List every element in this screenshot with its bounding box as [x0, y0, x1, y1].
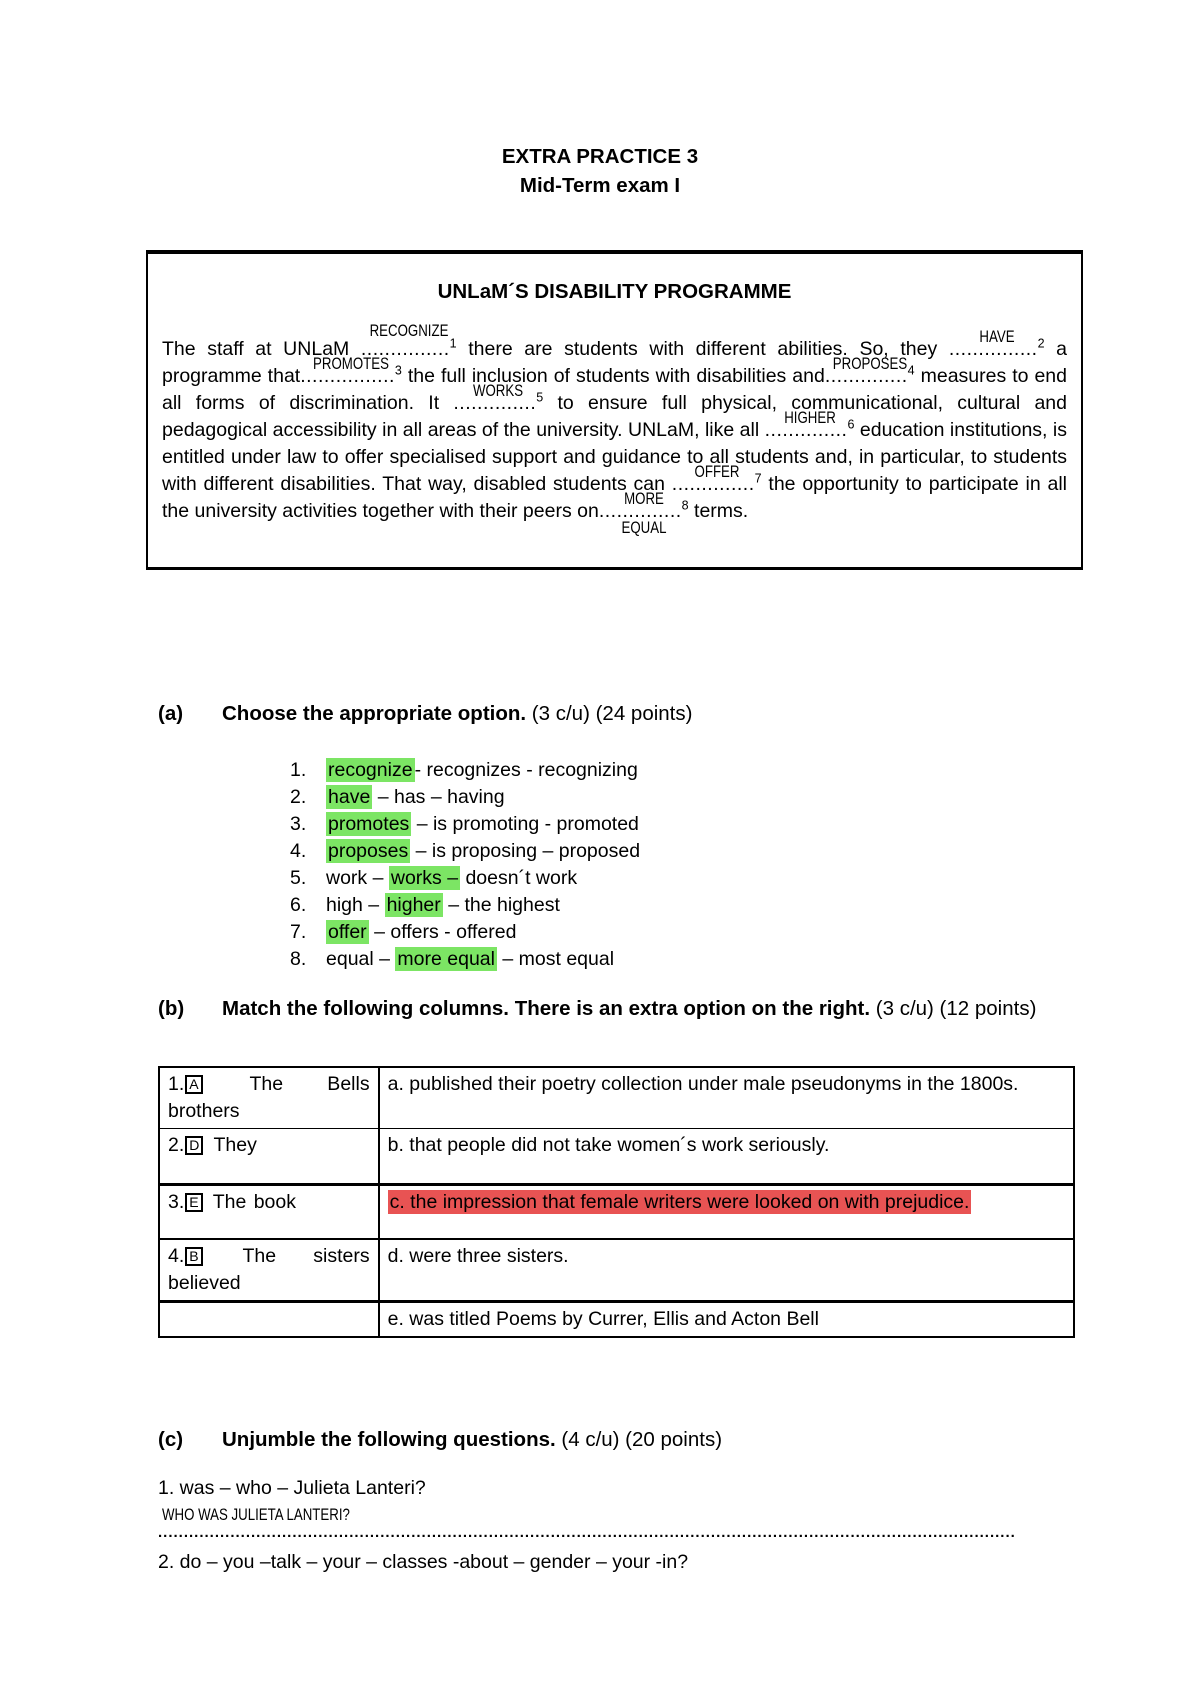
section-c-title: Unjumble the following questions. — [222, 1428, 556, 1451]
option-number: 1. — [290, 757, 326, 784]
option-text-post: – is proposing – proposed — [410, 840, 640, 862]
option-number: 2. — [290, 784, 326, 811]
blank-7-number: 7 — [755, 472, 762, 486]
option-correct-highlight: have — [326, 785, 372, 809]
option-row-5: 5.work – works – doesn´t work — [290, 865, 1075, 892]
option-correct-highlight: promotes — [326, 812, 411, 836]
blank-3-number: 3 — [395, 364, 402, 378]
section-a-heading: (a)Choose the appropriate option. (3 c/u… — [158, 700, 1075, 727]
option-text-pre: equal – — [326, 948, 395, 970]
option-text-post: – is promoting - promoted — [411, 813, 639, 835]
extra-option-red-highlight: c. the impression that female writers we… — [388, 1190, 972, 1214]
match-left-cell-2: 2.D They — [159, 1129, 379, 1185]
unjumble-question-2: 2. do – you –talk – your – classes -abou… — [158, 1549, 1075, 1576]
match-right-cell-a: a. published their poetry collection und… — [379, 1067, 1074, 1129]
fill-blank-4: PROPOSES..............4 — [825, 363, 915, 390]
question-1-answer: WHO WAS JULIETA LANTERI? — [162, 1504, 1075, 1525]
match-right-cell-d: d. were three sisters. — [379, 1239, 1074, 1302]
option-number: 4. — [290, 838, 326, 865]
fill-blank-2: HAVE...............2 — [949, 336, 1045, 363]
blank-2-answer: HAVE — [979, 323, 1014, 350]
matching-table: 1.A The Bells brothers a. published thei… — [158, 1066, 1075, 1338]
section-a-points: (3 c/u) (24 points) — [532, 702, 693, 725]
match-left-cell-4: 4.B The sisters believed — [159, 1239, 379, 1302]
section-b-points: (3 c/u) (12 points) — [876, 997, 1037, 1020]
match-item-text: They — [213, 1134, 256, 1156]
answer-dotted-line: ........................................… — [158, 1526, 1075, 1541]
fill-blank-7: OFFER..............7 — [672, 471, 762, 498]
unjumble-question-1: 1. was – who – Julieta Lanteri? — [158, 1475, 1075, 1502]
match-right-cell-e: e. was titled Poems by Currer, Ellis and… — [379, 1301, 1074, 1337]
blank-8-answer-below: EQUAL — [621, 514, 666, 541]
section-a-label: (a) — [158, 700, 222, 727]
blank-2-number: 2 — [1038, 337, 1045, 351]
reading-text: terms. — [689, 500, 749, 522]
match-item-text: The book — [213, 1191, 296, 1213]
match-item-number: 2. — [168, 1134, 184, 1156]
match-left-cell-1: 1.A The Bells brothers — [159, 1067, 379, 1129]
option-text-post: – has – having — [372, 786, 504, 808]
blank-4-number: 4 — [908, 364, 915, 378]
option-correct-highlight: proposes — [326, 839, 410, 863]
match-left-cell-5-empty — [159, 1301, 379, 1337]
blank-4-answer: PROPOSES — [833, 350, 907, 377]
option-text-post: doesn´t work — [460, 867, 577, 889]
answer-letter-box: D — [185, 1136, 203, 1155]
table-row: e. was titled Poems by Currer, Ellis and… — [159, 1301, 1074, 1337]
content-area: UNLaM´S DISABILITY PROGRAMME The staff a… — [158, 250, 1075, 1576]
option-number: 5. — [290, 865, 326, 892]
option-text-post: – offers - offered — [369, 921, 517, 943]
blank-6-number: 6 — [847, 418, 854, 432]
table-row: 3.E The book c. the impression that fema… — [159, 1185, 1074, 1239]
section-b-title: Match the following columns. There is an… — [222, 997, 870, 1020]
page-title-line1: EXTRA PRACTICE 3 — [0, 142, 1200, 171]
section-b-label: (b) — [158, 995, 222, 1022]
option-row-7: 7.offer – offers - offered — [290, 919, 1075, 946]
option-number: 6. — [290, 892, 326, 919]
reading-box: UNLaM´S DISABILITY PROGRAMME The staff a… — [146, 250, 1083, 570]
blank-1-number: 1 — [450, 337, 457, 351]
option-correct-highlight: more equal — [395, 947, 497, 971]
option-text-post: - recognizes - recognizing — [415, 759, 638, 781]
option-row-4: 4.proposes – is proposing – proposed — [290, 838, 1075, 865]
match-right-cell-b: b. that people did not take women´s work… — [379, 1129, 1074, 1185]
match-item-number: 4. — [168, 1245, 184, 1267]
page-title: EXTRA PRACTICE 3 Mid-Term exam I — [0, 0, 1200, 200]
option-row-6: 6.high – higher – the highest — [290, 892, 1075, 919]
match-option-text: d. were three sisters. — [388, 1245, 569, 1267]
options-list: 1.recognize- recognizes - recognizing 2.… — [290, 757, 1075, 973]
blank-7-answer: OFFER — [694, 458, 739, 485]
answer-letter-box: E — [185, 1193, 202, 1212]
blank-6-answer: HIGHER — [784, 404, 836, 431]
match-option-text: e. was titled Poems by Currer, Ellis and… — [388, 1308, 819, 1330]
option-correct-highlight: higher — [385, 893, 443, 917]
section-c-points: (4 c/u) (20 points) — [561, 1428, 722, 1451]
option-text-post: – the highest — [443, 894, 560, 916]
reading-paragraph: The staff at UNLaM RECOGNIZE............… — [162, 336, 1067, 525]
answer-letter-box: A — [185, 1075, 202, 1094]
match-option-text: a. published their poetry collection und… — [388, 1073, 1019, 1095]
option-row-3: 3.promotes – is promoting - promoted — [290, 811, 1075, 838]
match-left-cell-3: 3.E The book — [159, 1185, 379, 1239]
match-item-number: 3. — [168, 1191, 184, 1213]
option-correct-highlight: offer — [326, 920, 369, 944]
match-right-cell-c: c. the impression that female writers we… — [379, 1185, 1074, 1239]
section-c-label: (c) — [158, 1426, 222, 1453]
option-correct-highlight: works – — [389, 866, 460, 890]
page-title-line2: Mid-Term exam I — [0, 171, 1200, 200]
section-b-heading: (b)Match the following columns. There is… — [158, 995, 1075, 1022]
question-1-answer-text: WHO WAS JULIETA LANTERI? — [162, 1504, 350, 1525]
option-row-8: 8.equal – more equal – most equal — [290, 946, 1075, 973]
blank-5-number: 5 — [536, 391, 543, 405]
fill-blank-6: HIGHER..............6 — [765, 417, 855, 444]
section-c-heading: (c)Unjumble the following questions. (4 … — [158, 1426, 1075, 1453]
fill-blank-5: WORKS..............5 — [453, 390, 543, 417]
table-row: 1.A The Bells brothers a. published thei… — [159, 1067, 1074, 1129]
reading-text: the full inclusion of students with disa… — [402, 365, 825, 387]
reading-title: UNLaM´S DISABILITY PROGRAMME — [162, 280, 1067, 304]
blank-5-answer: WORKS — [473, 377, 523, 404]
match-item-number: 1. — [168, 1073, 184, 1095]
fill-blank-8: MOREEQUAL..............8 — [599, 498, 689, 525]
option-correct-highlight: recognize — [326, 758, 415, 782]
table-row: 2.D They b. that people did not take wom… — [159, 1129, 1074, 1185]
option-text-post: – most equal — [497, 948, 614, 970]
option-text-pre: high – — [326, 894, 385, 916]
blank-1-answer: RECOGNIZE — [369, 317, 448, 344]
exam-document-page: { "page": { "title_line1": "EXTRA PRACTI… — [0, 0, 1200, 1696]
blank-8-answer: MORE — [624, 485, 664, 512]
table-row: 4.B The sisters believed d. were three s… — [159, 1239, 1074, 1302]
answer-letter-box: B — [185, 1247, 202, 1266]
option-row-1: 1.recognize- recognizes - recognizing — [290, 757, 1075, 784]
option-text-pre: work – — [326, 867, 389, 889]
option-row-2: 2.have – has – having — [290, 784, 1075, 811]
option-number: 7. — [290, 919, 326, 946]
blank-8-number: 8 — [682, 499, 689, 513]
fill-blank-3: PROMOTES................3 — [300, 363, 402, 390]
match-option-text: b. that people did not take women´s work… — [388, 1134, 830, 1156]
option-number: 8. — [290, 946, 326, 973]
section-a-title: Choose the appropriate option. — [222, 702, 526, 725]
option-number: 3. — [290, 811, 326, 838]
blank-3-answer: PROMOTES — [313, 350, 389, 377]
